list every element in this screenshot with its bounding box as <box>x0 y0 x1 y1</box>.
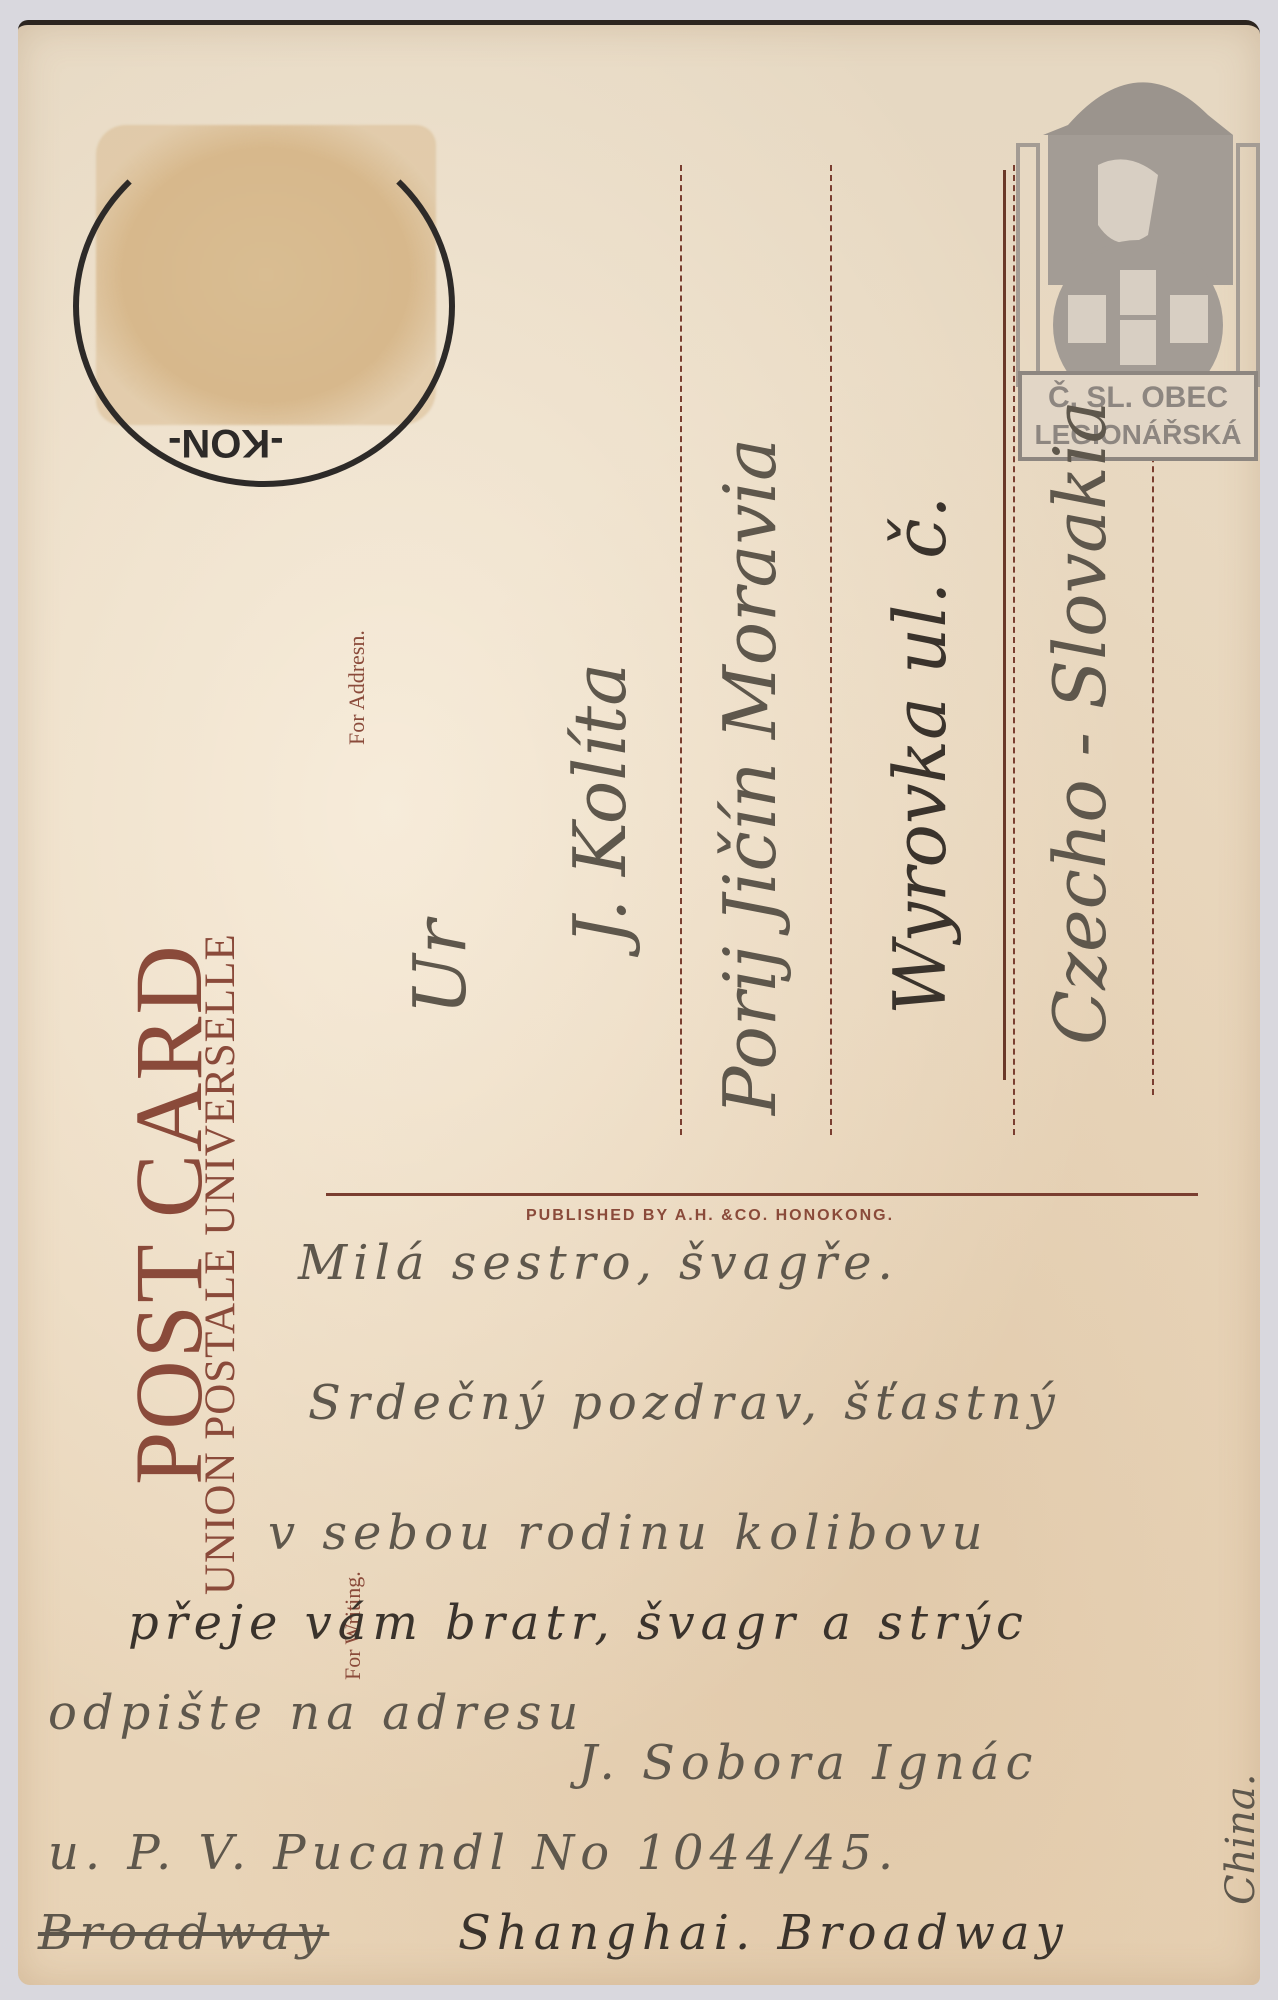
message-line-5: odpište na adresu <box>48 1685 584 1741</box>
postcard-back: -KON- POST CARD UNION POSTALE UNIVERSELL… <box>18 20 1260 1985</box>
address-line-4: Wyrovka ul. č. <box>878 496 962 1015</box>
address-underline <box>1003 170 1006 1080</box>
section-divider <box>326 1193 1198 1196</box>
postmark-text: -KON- <box>168 420 284 465</box>
message-line-3: v sebou rodinu kolibovu <box>268 1505 989 1561</box>
address-line <box>680 165 682 1135</box>
publisher-imprint: PUBLISHED BY A.H. &CO. HONOKONG. <box>526 1207 894 1225</box>
message-line-8: Shanghai. Broadway <box>458 1905 1069 1961</box>
address-line-2: J. Kolíta <box>558 663 642 945</box>
message-line-7: u. P. V. Pucandl No 1044/45. <box>48 1825 899 1881</box>
message-line-1: Milá sestro, švagře. <box>298 1235 899 1291</box>
for-address-label: For Addresn. <box>344 630 370 745</box>
struck-word: Broadway <box>38 1905 329 1961</box>
message-line-6: J. Sobora Ignác <box>578 1735 1038 1791</box>
side-note: China. <box>1218 1774 1264 1905</box>
union-postale-label: UNION POSTALE UNIVERSELLE <box>196 933 245 1595</box>
message-line-4: přeje vám bratr, švagr a strýc <box>128 1595 1029 1651</box>
address-line-3: Porij Jičín Moravia <box>708 438 792 1115</box>
address-line-1: Ur <box>398 920 482 1015</box>
address-line-5: Czecho - Slovakia <box>1038 400 1122 1045</box>
address-line <box>830 165 832 1135</box>
message-line-2: Srdečný pozdrav, šťastný <box>308 1375 1061 1431</box>
